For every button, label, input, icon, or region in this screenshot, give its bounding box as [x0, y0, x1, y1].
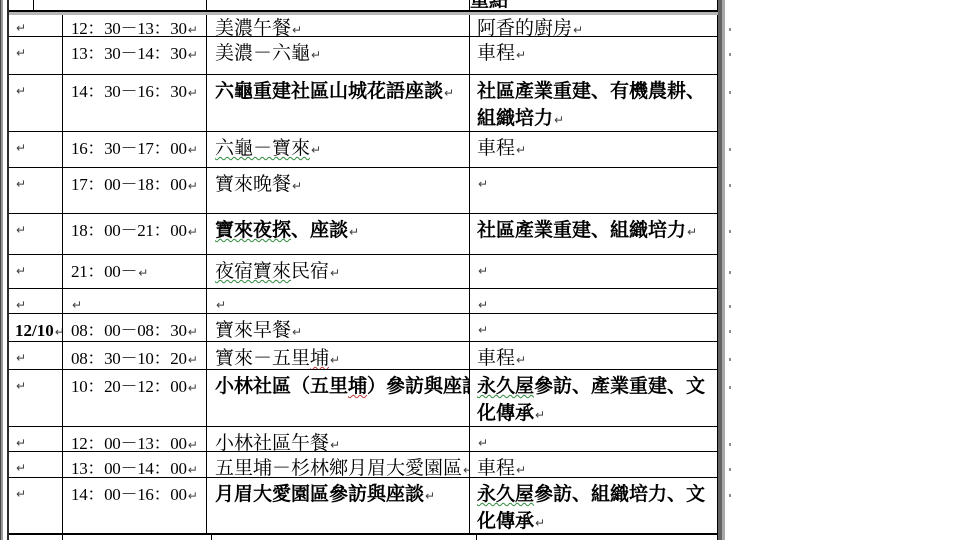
pilcrow-mark: ↵: [15, 177, 26, 191]
time-cell[interactable]: 17：00－18：00↵: [63, 168, 207, 213]
pilcrow-mark: ↵: [54, 325, 63, 339]
clipped-cell[interactable]: [9, 535, 63, 540]
clipped-cell[interactable]: [63, 535, 212, 540]
notes-cell[interactable]: 車程↵: [470, 342, 718, 369]
pilcrow-mark: ↵: [15, 351, 26, 365]
cell-text: 阿香的廚房: [477, 17, 572, 36]
cell-text: 美濃午餐: [215, 17, 291, 36]
pilcrow-mark: ↵: [187, 23, 198, 36]
notes-cell[interactable]: ↵: [470, 168, 718, 213]
date-cell[interactable]: ↵: [9, 289, 63, 313]
row-end-mark: [729, 53, 731, 56]
date-cell[interactable]: ↵: [9, 12, 63, 36]
clipped-cell[interactable]: [212, 535, 477, 540]
cell-text: 夜宿寶來: [215, 260, 291, 282]
activity-cell[interactable]: 夜宿寶來民宿↵: [207, 255, 470, 288]
time-text: 21：00－: [71, 262, 137, 281]
table-row: ↵10：20－12：00↵小林社區（五里埔）參訪與座談↵永久屋參訪、產業重建、文…: [9, 370, 718, 427]
pilcrow-mark: ↵: [443, 86, 454, 100]
clipped-cell[interactable]: [9, 0, 34, 10]
time-cell[interactable]: ↵: [63, 289, 207, 313]
notes-cell[interactable]: ↵: [470, 289, 718, 313]
pilcrow-mark: ↵: [15, 379, 26, 393]
pilcrow-mark: ↵: [291, 179, 302, 193]
pilcrow-mark: ↵: [477, 177, 488, 191]
time-cell[interactable]: 16：30－17：00↵: [63, 132, 207, 167]
table-row: ↵16：30－17：00↵六龜－寶來↵車程↵: [9, 132, 718, 168]
table-row: ↵13：00－14：00↵五里埔－杉林鄉月眉大愛園區↵車程↵: [9, 452, 718, 478]
time-cell[interactable]: 08：00－08：30↵: [63, 314, 207, 341]
pilcrow-mark: ↵: [15, 141, 26, 155]
time-text: 08：30－10：20: [71, 349, 187, 368]
time-text: 14：30－16：30: [71, 82, 187, 101]
cell-text: 寶來夜探: [215, 219, 291, 241]
row-end-mark: [729, 305, 731, 308]
cell-text: 寶來－五里: [215, 347, 310, 369]
pilcrow-mark: ↵: [15, 21, 26, 35]
clipped-row-top: 重點: [9, 0, 718, 12]
pilcrow-mark: ↵: [477, 298, 488, 312]
time-text: 14：00－16：00: [71, 485, 187, 504]
time-cell[interactable]: 10：20－12：00↵: [63, 370, 207, 426]
pilcrow-mark: ↵: [515, 353, 526, 367]
time-text: 16：30－17：00: [71, 139, 187, 158]
activity-cell[interactable]: 小林社區（五里埔）參訪與座談↵: [207, 370, 470, 426]
time-cell[interactable]: 13：30－14：30↵: [63, 37, 207, 74]
time-cell[interactable]: 18：00－21：00↵: [63, 214, 207, 254]
pilcrow-mark: ↵: [572, 23, 583, 36]
cell-text: 車程: [477, 42, 515, 64]
activity-cell[interactable]: ↵: [207, 289, 470, 313]
table-row: ↵14：30－16：30↵六龜重建社區山城花語座談↵社區產業重建、有機農耕、組織…: [9, 75, 718, 132]
clipped-row-bottom: [9, 535, 718, 540]
date-cell[interactable]: ↵: [9, 75, 63, 131]
pilcrow-mark: ↵: [534, 408, 545, 422]
time-text: 12：00－13：00: [71, 434, 187, 451]
date-cell[interactable]: ↵: [9, 214, 63, 254]
row-end-mark: [729, 330, 731, 333]
cell-text: 民宿: [291, 260, 329, 282]
table-row: ↵17：00－18：00↵寶來晚餐↵↵: [9, 168, 718, 214]
time-text: 18：00－21：00: [71, 221, 187, 240]
activity-cell[interactable]: 六龜重建社區山城花語座談↵: [207, 75, 470, 131]
activity-cell[interactable]: 寶來早餐↵: [207, 314, 470, 341]
cell-text: 六龜－寶來: [215, 137, 310, 159]
time-cell[interactable]: 08：30－10：20↵: [63, 342, 207, 369]
pilcrow-mark: ↵: [187, 381, 198, 395]
activity-cell[interactable]: 美濃－六龜↵: [207, 37, 470, 74]
pilcrow-mark: ↵: [15, 84, 26, 98]
date-cell[interactable]: ↵: [9, 168, 63, 213]
pilcrow-mark: ↵: [329, 438, 340, 451]
cell-text: 美濃－六龜: [215, 42, 310, 64]
time-cell[interactable]: 21：00－↵: [63, 255, 207, 288]
row-end-mark: [729, 148, 731, 151]
row-end-mark: [729, 386, 731, 389]
pilcrow-mark: ↵: [15, 264, 26, 278]
pilcrow-mark: ↵: [534, 516, 545, 530]
cell-text: 六龜重建社區山城花語座談: [215, 80, 443, 102]
notes-cell[interactable]: ↵: [470, 427, 718, 451]
table-row: ↵14：00－16：00↵月眉大愛園區參訪與座談↵永久屋參訪、組織培力、文化傳承…: [9, 478, 718, 535]
cell-text: 社區產業重建、組織培力: [477, 219, 686, 241]
notes-cell[interactable]: 社區產業重建、有機農耕、組織培力↵: [470, 75, 718, 131]
pilcrow-mark: ↵: [477, 436, 488, 450]
time-text: 10：20－12：00: [71, 377, 187, 396]
pilcrow-mark: ↵: [553, 113, 564, 127]
cell-text: ）參訪與座談: [367, 375, 470, 397]
notes-cell[interactable]: ↵: [470, 255, 718, 288]
row-end-mark: [729, 494, 731, 497]
date-cell[interactable]: ↵: [9, 427, 63, 451]
clipped-notes-text: 重點: [470, 0, 717, 10]
pilcrow-mark: ↵: [187, 48, 198, 62]
activity-cell[interactable]: 寶來夜探、座談↵: [207, 214, 470, 254]
table-row: ↵21：00－↵夜宿寶來民宿↵↵: [9, 255, 718, 289]
pilcrow-mark: ↵: [515, 463, 526, 477]
pilcrow-mark: ↵: [187, 225, 198, 239]
activity-cell[interactable]: 小林社區午餐↵: [207, 427, 470, 451]
cell-text: －杉林鄉月眉大愛園區: [272, 457, 462, 477]
pilcrow-mark: ↵: [187, 325, 198, 339]
row-end-mark: [729, 184, 731, 187]
notes-cell[interactable]: ↵: [470, 314, 718, 341]
pilcrow-mark: ↵: [424, 489, 435, 503]
table-row: ↵↵↵↵: [9, 289, 718, 314]
clipped-text-wrap: 重點: [470, 0, 717, 10]
cell-text: 永久屋: [477, 483, 534, 505]
pilcrow-mark: ↵: [291, 325, 302, 339]
row-end-mark: [729, 91, 731, 94]
date-cell[interactable]: ↵: [9, 452, 63, 477]
notes-cell[interactable]: 阿香的廚房↵: [470, 12, 718, 36]
time-cell[interactable]: 12：30－13：30↵: [63, 12, 207, 36]
table-row: ↵12：00－13：00↵小林社區午餐↵↵: [9, 427, 718, 452]
pilcrow-mark: ↵: [462, 463, 470, 477]
activity-cell[interactable]: 美濃午餐↵: [207, 12, 470, 36]
pilcrow-mark: ↵: [348, 225, 359, 239]
cell-text: 社區產業重建、有機農耕、組織培力: [477, 80, 705, 129]
time-cell[interactable]: 14：00－16：00↵: [63, 478, 207, 533]
cell-text: 車程: [477, 347, 515, 369]
cell-text: 寶來早餐: [215, 319, 291, 341]
pilcrow-mark: ↵: [310, 143, 321, 157]
pilcrow-mark: ↵: [187, 353, 198, 367]
activity-cell[interactable]: 月眉大愛園區參訪與座談↵: [207, 478, 470, 533]
clipped-cell[interactable]: [207, 0, 470, 10]
cell-text: 五里: [215, 457, 253, 477]
pilcrow-mark: ↵: [329, 266, 340, 280]
date-text: 12/10: [15, 321, 54, 340]
cell-text: 小林社區（五里: [215, 375, 348, 397]
cell-text: 車程: [477, 137, 515, 159]
cell-text: 埔: [310, 347, 329, 369]
time-cell[interactable]: 12：00－13：00↵: [63, 427, 207, 451]
itinerary-table: 重點↵12：30－13：30↵美濃午餐↵阿香的廚房↵↵13：30－14：30↵美…: [7, 0, 718, 540]
pilcrow-mark: ↵: [329, 353, 340, 367]
pilcrow-mark: ↵: [187, 179, 198, 193]
notes-cell[interactable]: 永久屋參訪、組織培力、文化傳承↵: [470, 478, 718, 533]
time-cell[interactable]: 14：30－16：30↵: [63, 75, 207, 131]
cell-text: 、座談: [291, 219, 348, 241]
table-row: ↵08：30－10：20↵寶來－五里埔↵車程↵: [9, 342, 718, 370]
notes-cell[interactable]: 車程↵: [470, 37, 718, 74]
row-end-mark: [729, 28, 731, 31]
date-cell[interactable]: 12/10↵: [9, 314, 63, 341]
activity-cell[interactable]: 寶來－五里埔↵: [207, 342, 470, 369]
row-end-mark: [729, 230, 731, 233]
activity-cell[interactable]: 五里埔－杉林鄉月眉大愛園區↵: [207, 452, 470, 477]
row-end-mark: [729, 271, 731, 274]
pilcrow-mark: ↵: [187, 489, 198, 503]
time-cell[interactable]: 13：00－14：00↵: [63, 452, 207, 477]
row-end-mark: [729, 443, 731, 446]
pilcrow-mark: ↵: [137, 266, 148, 280]
date-cell[interactable]: ↵: [9, 478, 63, 533]
table-row: 12/10↵08：00－08：30↵寶來早餐↵↵: [9, 314, 718, 342]
cell-text: 車程: [477, 457, 515, 477]
time-text: 13：30－14：30: [71, 44, 187, 63]
pilcrow-mark: ↵: [686, 225, 697, 239]
notes-cell[interactable]: 永久屋參訪、產業重建、文化傳承↵: [470, 370, 718, 426]
time-text: 08：00－08：30: [71, 321, 187, 340]
pilcrow-mark: ↵: [310, 48, 321, 62]
date-cell[interactable]: ↵: [9, 342, 63, 369]
date-cell[interactable]: ↵: [9, 370, 63, 426]
window-left-edge: [0, 0, 3, 540]
date-cell[interactable]: ↵: [9, 132, 63, 167]
time-text: 12：30－13：30: [71, 19, 187, 36]
pilcrow-mark: ↵: [71, 298, 82, 312]
cell-text: 永久屋: [477, 375, 534, 397]
pilcrow-mark: ↵: [187, 463, 198, 477]
cell-text: 埔: [253, 457, 272, 477]
cell-text: 寶來晚餐: [215, 173, 291, 195]
pilcrow-mark: ↵: [15, 461, 26, 475]
cell-text: 小林社區午餐: [215, 432, 329, 451]
pilcrow-mark: ↵: [215, 298, 226, 312]
row-end-mark: [729, 358, 731, 361]
table-row: ↵12：30－13：30↵美濃午餐↵阿香的廚房↵: [9, 12, 718, 37]
pilcrow-mark: ↵: [515, 143, 526, 157]
document-canvas: 重點↵12：30－13：30↵美濃午餐↵阿香的廚房↵↵13：30－14：30↵美…: [0, 0, 964, 540]
pilcrow-mark: ↵: [477, 264, 488, 278]
cell-text: 月眉大愛園區參訪與座談: [215, 483, 424, 505]
pilcrow-mark: ↵: [15, 436, 26, 450]
activity-cell[interactable]: 寶來晚餐↵: [207, 168, 470, 213]
pilcrow-mark: ↵: [15, 223, 26, 237]
pilcrow-mark: ↵: [187, 86, 198, 100]
notes-cell[interactable]: 車程↵: [470, 132, 718, 167]
activity-cell[interactable]: 六龜－寶來↵: [207, 132, 470, 167]
pilcrow-mark: ↵: [291, 23, 302, 36]
clipped-cell[interactable]: [477, 535, 718, 540]
time-text: 13：00－14：00: [71, 459, 187, 477]
cell-text: 埔: [348, 375, 367, 397]
pilcrow-mark: ↵: [187, 438, 198, 451]
row-end-mark: [729, 468, 731, 471]
date-cell[interactable]: ↵: [9, 255, 63, 288]
pilcrow-mark: ↵: [15, 46, 26, 60]
table-right-shadow: [718, 0, 725, 540]
clipped-cell[interactable]: 重點: [470, 0, 718, 10]
table-row: ↵13：30－14：30↵美濃－六龜↵車程↵: [9, 37, 718, 75]
pilcrow-mark: ↵: [15, 298, 26, 312]
date-cell[interactable]: ↵: [9, 37, 63, 74]
table-row: ↵18：00－21：00↵寶來夜探、座談↵社區產業重建、組織培力↵: [9, 214, 718, 255]
pilcrow-mark: ↵: [187, 143, 198, 157]
clipped-cell[interactable]: [34, 0, 207, 10]
pilcrow-mark: ↵: [15, 487, 26, 501]
notes-cell[interactable]: 車程↵: [470, 452, 718, 477]
notes-cell[interactable]: 社區產業重建、組織培力↵: [470, 214, 718, 254]
pilcrow-mark: ↵: [515, 48, 526, 62]
pilcrow-mark: ↵: [477, 323, 488, 337]
time-text: 17：00－18：00: [71, 175, 187, 194]
